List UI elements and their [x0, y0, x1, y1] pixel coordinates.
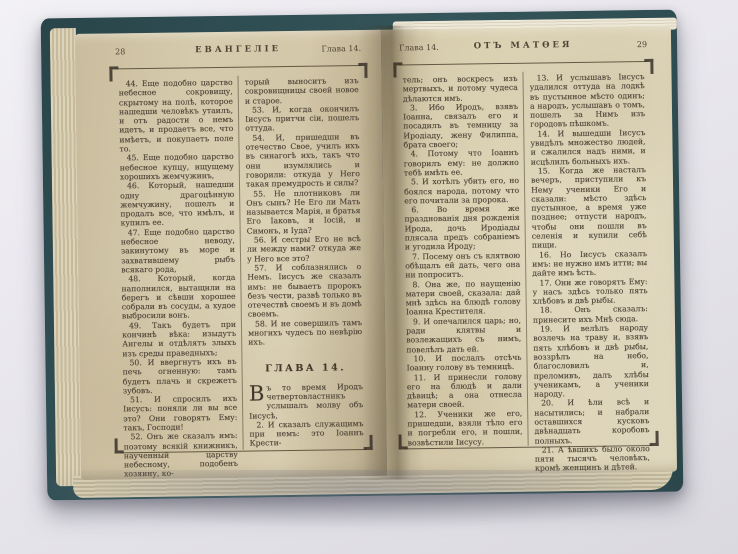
head-rule [115, 65, 361, 69]
chapter-heading: ГЛАВА 14. [248, 362, 362, 375]
verse: 16. Но Іисусъ сказалъ имъ: не нужно имъ … [532, 249, 647, 278]
verse: 11. И принесли голову его на блюдѣ и дал… [407, 371, 523, 410]
verse: 20. И ѣли всѣ и насытились; и набрали ос… [534, 397, 650, 445]
verse: 56. И сестры Его не всѣ ли между нами? о… [247, 234, 361, 263]
verse: 57. И соблазнялись о Немъ. Іисусъ же ска… [247, 262, 362, 319]
right-page: Глава 14. ОТЪ МАТѲЕЯ 29 тель; онъ воскре… [381, 26, 677, 476]
verse: 18. Онъ сказалъ: принесите ихъ Мнѣ сюда. [533, 304, 648, 324]
verse: 52. Онъ же сказалъ имъ: поэтому всякій к… [123, 431, 238, 479]
verse: 10. И послалъ отсѣчь Іоанну голову въ те… [406, 353, 521, 373]
verse: 50. И ввергнутъ ихъ въ печь огненную: та… [122, 357, 237, 396]
column-2: торый выноситъ изъ сокровищницы своей но… [238, 74, 366, 450]
right-text-block: Глава 14. ОТЪ МАТѲЕЯ 29 тель; онъ воскре… [397, 40, 655, 455]
verse: 2. И сказалъ служащимъ при немъ: это Іоа… [249, 419, 363, 448]
verse: 44. Еще подобно царство небесное сокрови… [119, 78, 234, 154]
column-1: тель; онъ воскресъ изъ мертвыхъ, и потом… [399, 72, 528, 448]
verse: 4. Потому что Іоаннъ говорилъ ему: не до… [404, 148, 519, 177]
running-title: ОТЪ МАТѲЕЯ [399, 39, 647, 52]
verse: 6. Во время же празднованія дня рожденія… [404, 204, 520, 252]
verse: 53. И, когда окончилъ Іисусъ притчи сіи,… [245, 104, 359, 133]
verse: 7. Посему онъ съ клятвою обѣщалъ ей дать… [405, 250, 520, 279]
verse: 8. Она же, по наущенію матери своей, ска… [405, 278, 521, 317]
verse: торый выноситъ изъ сокровищницы своей но… [245, 76, 359, 105]
page-number: 29 [637, 40, 647, 49]
verse: 58. И не совершилъ тамъ многихъ чудесъ п… [248, 318, 362, 347]
verse: 47. Еще подобно царство небесное неводу,… [121, 227, 236, 275]
verse: 21. А ѣвшихъ было около пяти тысячъ чело… [535, 444, 650, 473]
left-page: 28 ЕВАНГЕЛІЕ Глава 14. 44. Еще подобно ц… [75, 30, 387, 480]
head-rule [399, 61, 647, 65]
left-text-block: 28 ЕВАНГЕЛІЕ Глава 14. 44. Еще подобно ц… [113, 44, 369, 459]
text-columns: 44. Еще подобно царство небесное сокрови… [115, 74, 366, 451]
verse: 55. Не плотниковъ ли Онъ сынъ? Не Его ли… [246, 188, 361, 236]
verse: 17. Они же говорятъ Ему: у насъ здѣсь то… [532, 277, 647, 306]
verse: Въ то время Иродъ четвертовластникъ услы… [249, 382, 364, 421]
running-head: Глава 14. ОТЪ МАТѲЕЯ 29 [399, 40, 647, 55]
column-2: 13. И услышавъ Іисусъ удалился оттуда на… [523, 70, 652, 446]
verse: 5. И хотѣлъ убить его, но боялся народа,… [404, 176, 519, 205]
verse: 19. И велѣлъ народу возлечь на траву и, … [533, 323, 649, 399]
verse: 48. Который, когда наполнился, вытащили … [121, 273, 236, 321]
text-columns: тель; онъ воскресъ изъ мертвыхъ, и потом… [399, 70, 652, 447]
verse: 54. И, пришедши въ отечество Свое, училъ… [245, 132, 360, 189]
verse: 13. И услышавъ Іисусъ удалился оттуда на… [529, 72, 645, 129]
verse: 9. И опечалился царь; но, ради клятвы и … [406, 316, 522, 355]
open-book: 28 ЕВАНГЕЛІЕ Глава 14. 44. Еще подобно ц… [41, 10, 684, 501]
drop-cap-initial: В [249, 383, 267, 402]
verse: 12. Ученики же его, пришедши, взяли тѣло… [407, 408, 523, 447]
verse: 46. Который, нашедши одну драгоцѣнную же… [120, 180, 235, 228]
photo-background: 28 ЕВАНГЕЛІЕ Глава 14. 44. Еще подобно ц… [0, 0, 738, 554]
running-head: 28 ЕВАНГЕЛІЕ Глава 14. [115, 44, 361, 59]
verse: 15. Когда же насталъ вечеръ, приступили … [531, 165, 647, 250]
verse: 3. Ибо Иродъ, взявъ Іоанна, связалъ его … [403, 102, 519, 150]
verse: 45. Еще подобно царство небесное купцу, … [120, 152, 234, 181]
verse: 51. И спросилъ ихъ Іисусъ: поняли ли вы … [123, 394, 238, 433]
verse: 14. И вышедши Іисусъ увидѣлъ множество л… [530, 128, 646, 167]
running-chapter: Глава 14. [321, 44, 361, 54]
verse: 49. Такъ будетъ при кончинѣ вѣка: изыдут… [122, 319, 237, 358]
verse: тель; онъ воскресъ изъ мертвыхъ, и потом… [402, 74, 517, 103]
column-1: 44. Еще подобно царство небесное сокрови… [115, 76, 243, 452]
